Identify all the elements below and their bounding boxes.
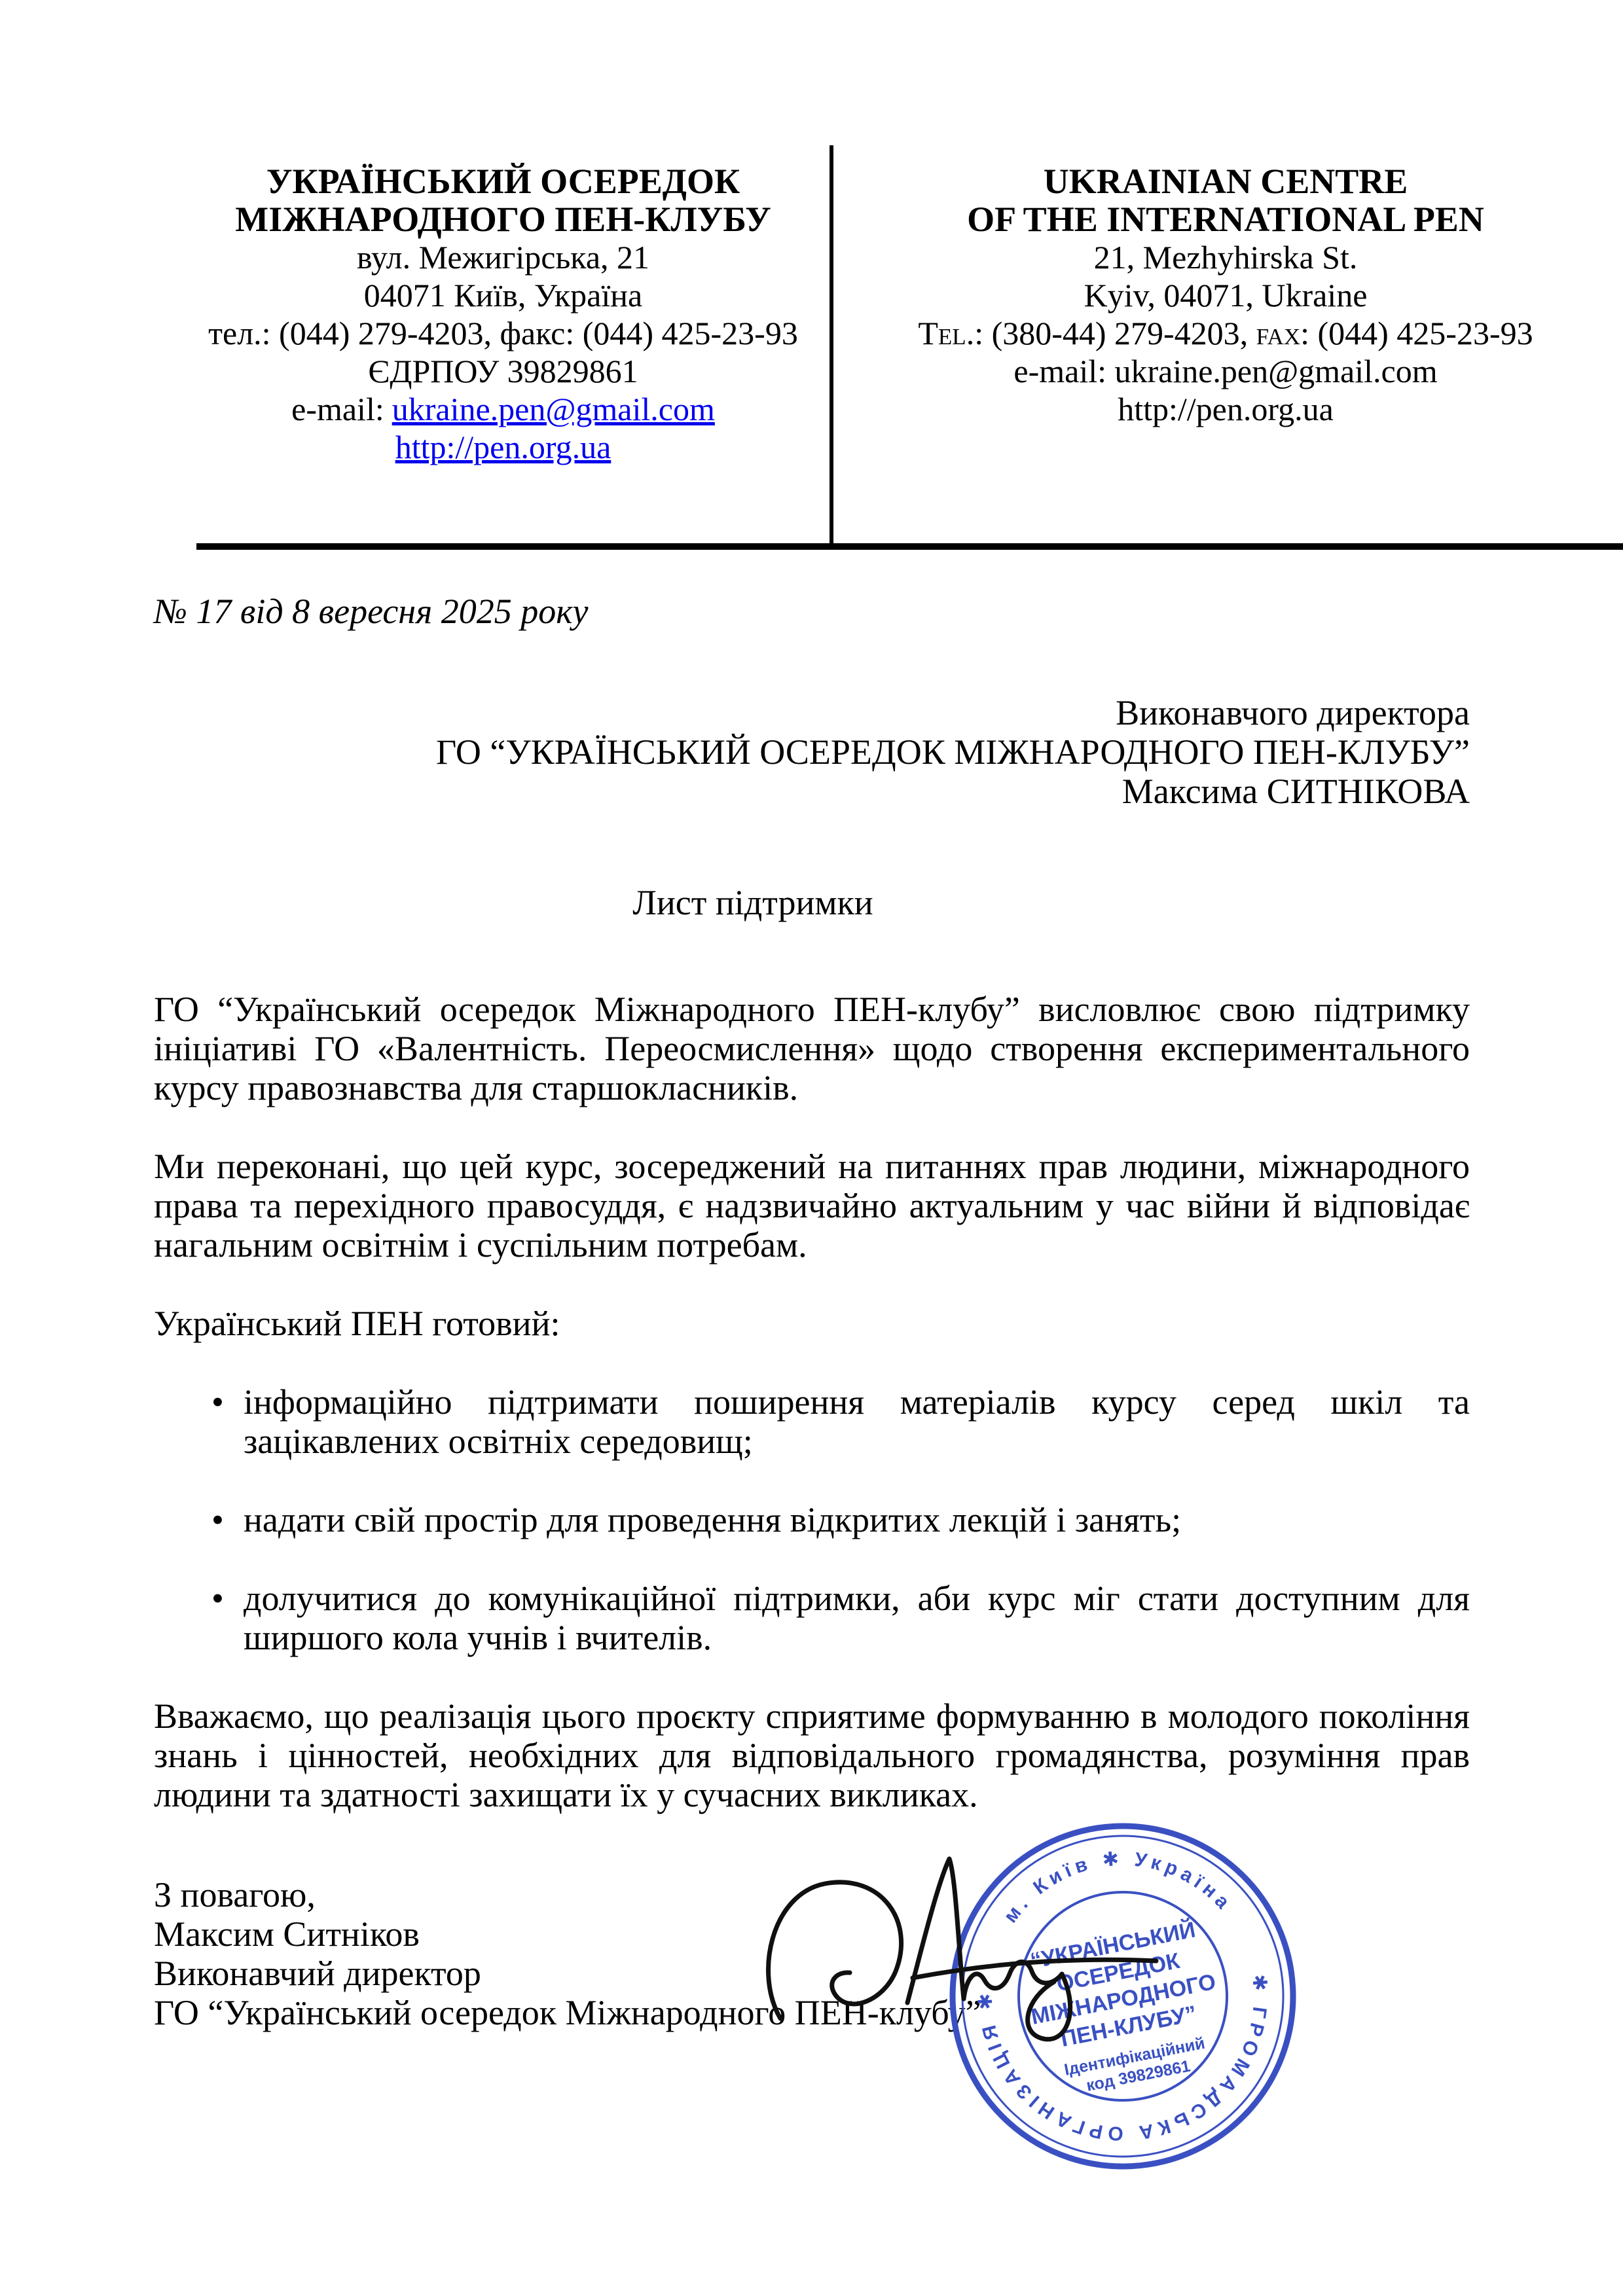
org-name-en-line2: OF THE INTERNATIONAL PEN: [843, 200, 1609, 238]
street-uk: вул. Межигірська, 21: [177, 238, 830, 276]
addressee-position: Виконавчого директора: [436, 693, 1470, 732]
email-line-en: e-mail: ukraine.pen@gmail.com: [843, 352, 1609, 390]
letterhead-right-column: UKRAINIAN CENTRE OF THE INTERNATIONAL PE…: [830, 162, 1609, 466]
site-line-uk: http://pen.org.ua: [177, 428, 830, 466]
paragraph-conviction: Ми переконані, що цей курс, зосереджений…: [154, 1147, 1470, 1265]
org-name-uk-line2: МІЖНАРОДНОГО ПЕН-КЛУБУ: [177, 200, 830, 238]
email-line-uk: e-mail:ukraine.pen@gmail.com: [177, 390, 830, 428]
phone-uk: тел.: (044) 279-4203, факс: (044) 425-23…: [177, 314, 830, 352]
list-item: • інформаційно підтримати поширення мате…: [154, 1382, 1470, 1461]
paragraph-conclusion: Вважаємо, що реалізація цього проєкту сп…: [154, 1696, 1470, 1814]
org-name-uk-line1: УКРАЇНСЬКИЙ ОСЕРЕДОК: [177, 162, 830, 200]
bullet-icon: •: [211, 1382, 224, 1422]
letterhead-vertical-divider: [830, 145, 833, 543]
letter-page: УКРАЇНСЬКИЙ ОСЕРЕДОК МІЖНАРОДНОГО ПЕН-КЛ…: [0, 0, 1623, 2296]
list-item-text: надати свій простір для проведення відкр…: [244, 1500, 1181, 1539]
letterhead-horizontal-rule: [196, 543, 1623, 550]
document-title: Лист підтримки: [154, 883, 1470, 922]
list-item-text: долучитися до комунікаційної підтримки, …: [244, 1579, 1470, 1657]
paragraph-ready-line: Український ПЕН готовий:: [154, 1304, 1470, 1343]
street-en: 21, Mezhyhirska St.: [843, 238, 1609, 276]
list-item-text: інформаційно підтримати поширення матері…: [244, 1382, 1470, 1461]
support-actions-list: • інформаційно підтримати поширення мате…: [154, 1382, 1470, 1657]
bullet-icon: •: [211, 1500, 224, 1539]
city-en: Kyiv, 04071, Ukraine: [843, 276, 1609, 314]
addressee-name: Максима СИТНІКОВА: [436, 772, 1470, 811]
addressee-organization: ГО “УКРАЇНСЬКИЙ ОСЕРЕДОК МІЖНАРОДНОГО ПЕ…: [436, 732, 1470, 772]
reference-number-line: № 17 від 8 вересня 2025 року: [154, 592, 588, 631]
paragraph-support: ГО “Український осередок Міжнародного ПЕ…: [154, 990, 1470, 1107]
list-item: • надати свій простір для проведення від…: [154, 1500, 1470, 1539]
city-uk: 04071 Київ, Україна: [177, 276, 830, 314]
phone-en: Tel.: (380-44) 279-4203, fax: (044) 425-…: [843, 314, 1609, 352]
list-item: • долучитися до комунікаційної підтримки…: [154, 1579, 1470, 1657]
letterhead-left-column: УКРАЇНСЬКИЙ ОСЕРЕДОК МІЖНАРОДНОГО ПЕН-КЛ…: [0, 162, 830, 466]
org-name-en-line1: UKRAINIAN CENTRE: [843, 162, 1609, 200]
letterhead: УКРАЇНСЬКИЙ ОСЕРЕДОК МІЖНАРОДНОГО ПЕН-КЛ…: [0, 162, 1623, 466]
email-label: e-mail:: [291, 391, 384, 427]
email-link[interactable]: ukraine.pen@gmail.com: [392, 391, 715, 427]
edrpou: ЄДРПОУ 39829861: [177, 352, 830, 390]
website-link[interactable]: http://pen.org.ua: [395, 429, 611, 465]
bullet-icon: •: [211, 1579, 224, 1618]
handwritten-signature: [753, 1843, 1172, 2059]
addressee-block: Виконавчого директора ГО “УКРАЇНСЬКИЙ ОС…: [436, 693, 1470, 811]
site-line-en: http://pen.org.ua: [843, 390, 1609, 428]
